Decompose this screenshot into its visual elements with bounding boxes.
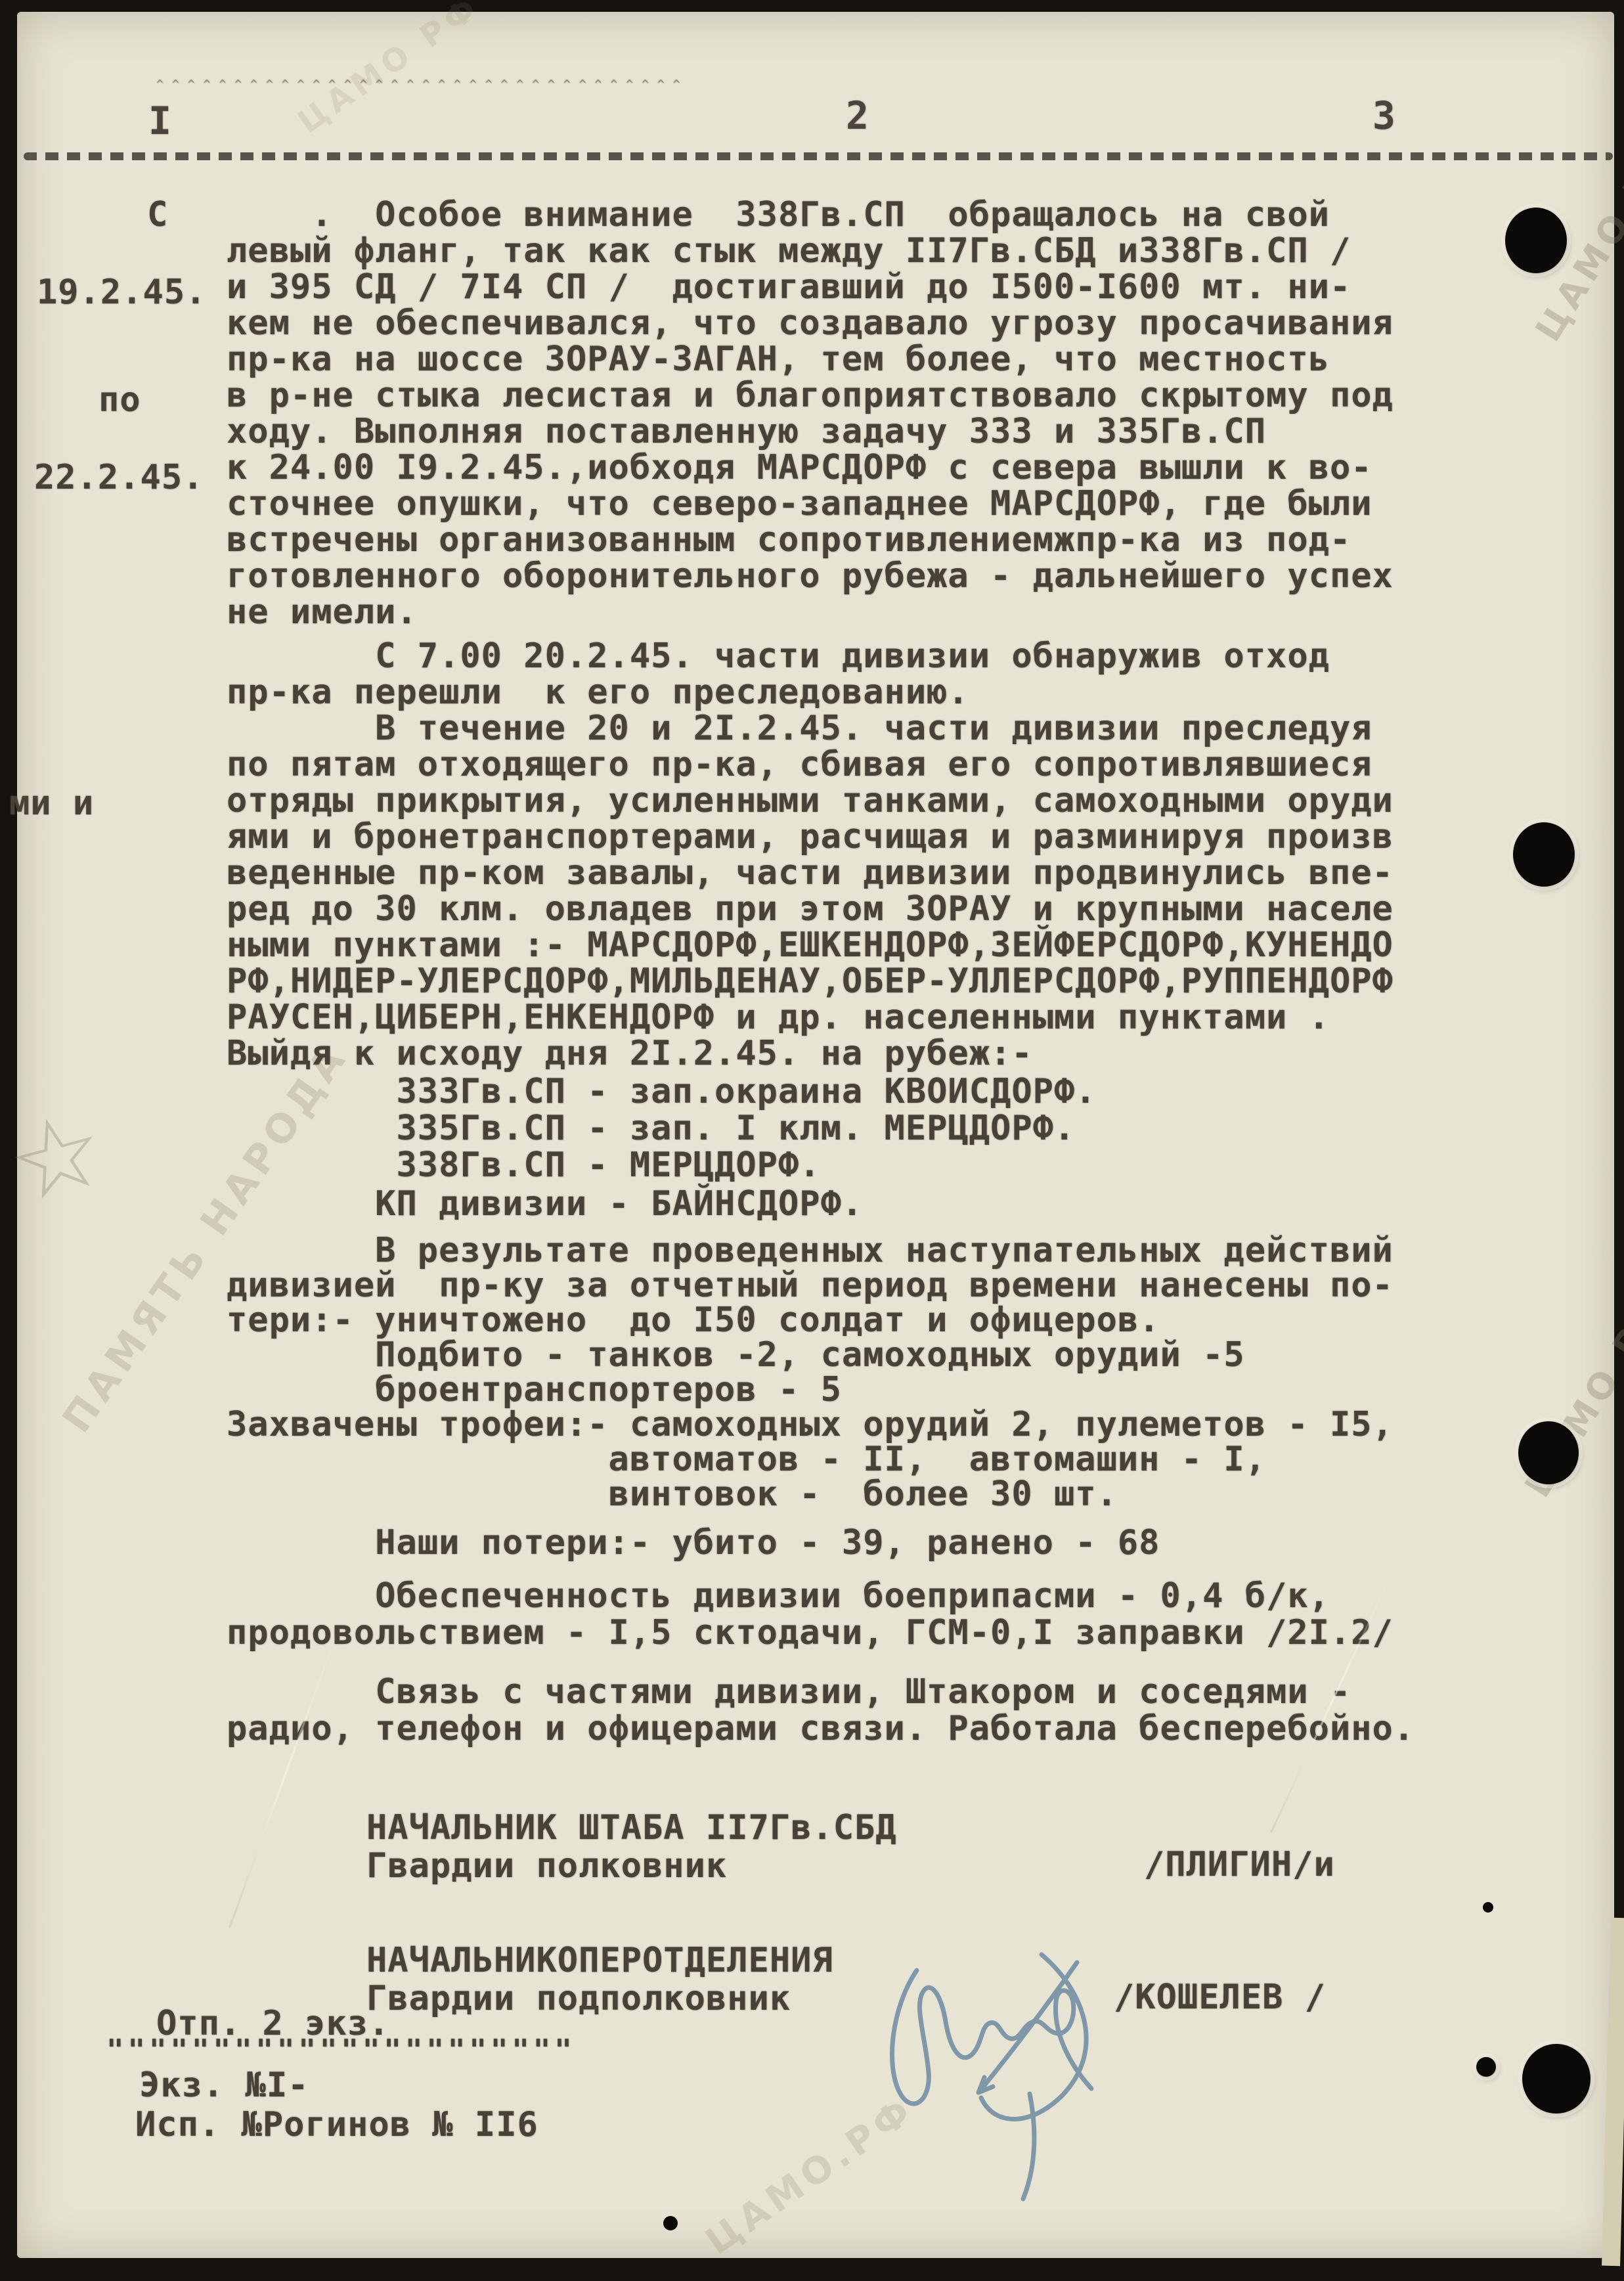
handwritten-signature <box>866 1936 1128 2205</box>
margin-note-to-date: 22.2.45. <box>34 460 204 496</box>
dashed-separator <box>24 152 1613 160</box>
chief-oper-dept-rank: Гвардии подполковник <box>366 1981 791 2017</box>
page-column-3: 3 <box>1372 93 1396 138</box>
report-communications: Связь с частями дивизии, Штакором и сосе… <box>227 1673 1415 1747</box>
footer-copy-number: Экз. №I- <box>139 2068 309 2104</box>
margin-note-from-date: 19.2.45. <box>37 275 206 311</box>
chief-of-staff-name: /ПЛИГИН/и <box>1144 1847 1335 1883</box>
footer-tick-row: """""""""""""""""""""" <box>106 2033 576 2067</box>
margin-edge-fragment: ми и <box>9 786 94 822</box>
page-column-2: 2 <box>846 93 869 138</box>
chief-of-staff-rank: Гвардии полковник <box>366 1848 727 1884</box>
punch-hole-4 <box>1522 2044 1591 2114</box>
chief-oper-dept-title: НАЧАЛЬНИКОПЕРОТДЕЛЕНИЯ <box>366 1943 833 1979</box>
report-paragraph-pursuit-start: С 7.00 20.2.45. части дивизии обнаружив … <box>227 638 1330 711</box>
report-command-post: КП дивизии - БАЙНСДОРФ. <box>227 1186 863 1222</box>
report-results: В результате проведенных наступательных … <box>227 1233 1394 1512</box>
punch-hole-2 <box>1513 822 1575 887</box>
margin-note-from: С <box>147 197 168 233</box>
report-paragraph-advance: В течение 20 и 2I.2.45. части дивизии пр… <box>227 711 1394 1072</box>
footer-executor: Исп. №Рогинов № II6 <box>135 2107 538 2143</box>
tiny-hole <box>1483 1902 1493 1913</box>
margin-note-po: по <box>99 382 141 418</box>
chief-oper-dept-name: /КОШЕЛЕВ / <box>1114 1980 1326 2016</box>
chief-of-staff-title: НАЧАЛЬНИК ШТАБА II7Гв.СБД <box>366 1810 897 1846</box>
small-hole <box>1476 2057 1496 2077</box>
page-column-1: I <box>148 99 172 143</box>
punch-hole-1 <box>1505 208 1567 273</box>
report-supplies: Обеспеченность дивизии боеприпасми - 0,4… <box>227 1578 1394 1651</box>
report-regiment-positions: 333Гв.СП - зап.окраина КВОИСДОРФ. 335Гв.… <box>227 1073 1097 1184</box>
typed-caret-row: ^^^^^^^^^^^^^^^^^^^^^^^^^^^^^^^^^^ <box>156 78 688 91</box>
punch-hole-3 <box>1518 1421 1579 1484</box>
report-paragraph-flank: . Особое внимание 338Гв.СП обращалось на… <box>227 197 1394 631</box>
report-own-losses: Наши потери:- убито - 39, ранено - 68 <box>227 1525 1160 1561</box>
tiny-hole-bottom <box>663 2216 678 2230</box>
document-scan: ЦАМО РФ ЦАМО РФ ЦАМО РФ ☆ ПАМЯТЬ НАРОДА … <box>0 0 1624 2281</box>
